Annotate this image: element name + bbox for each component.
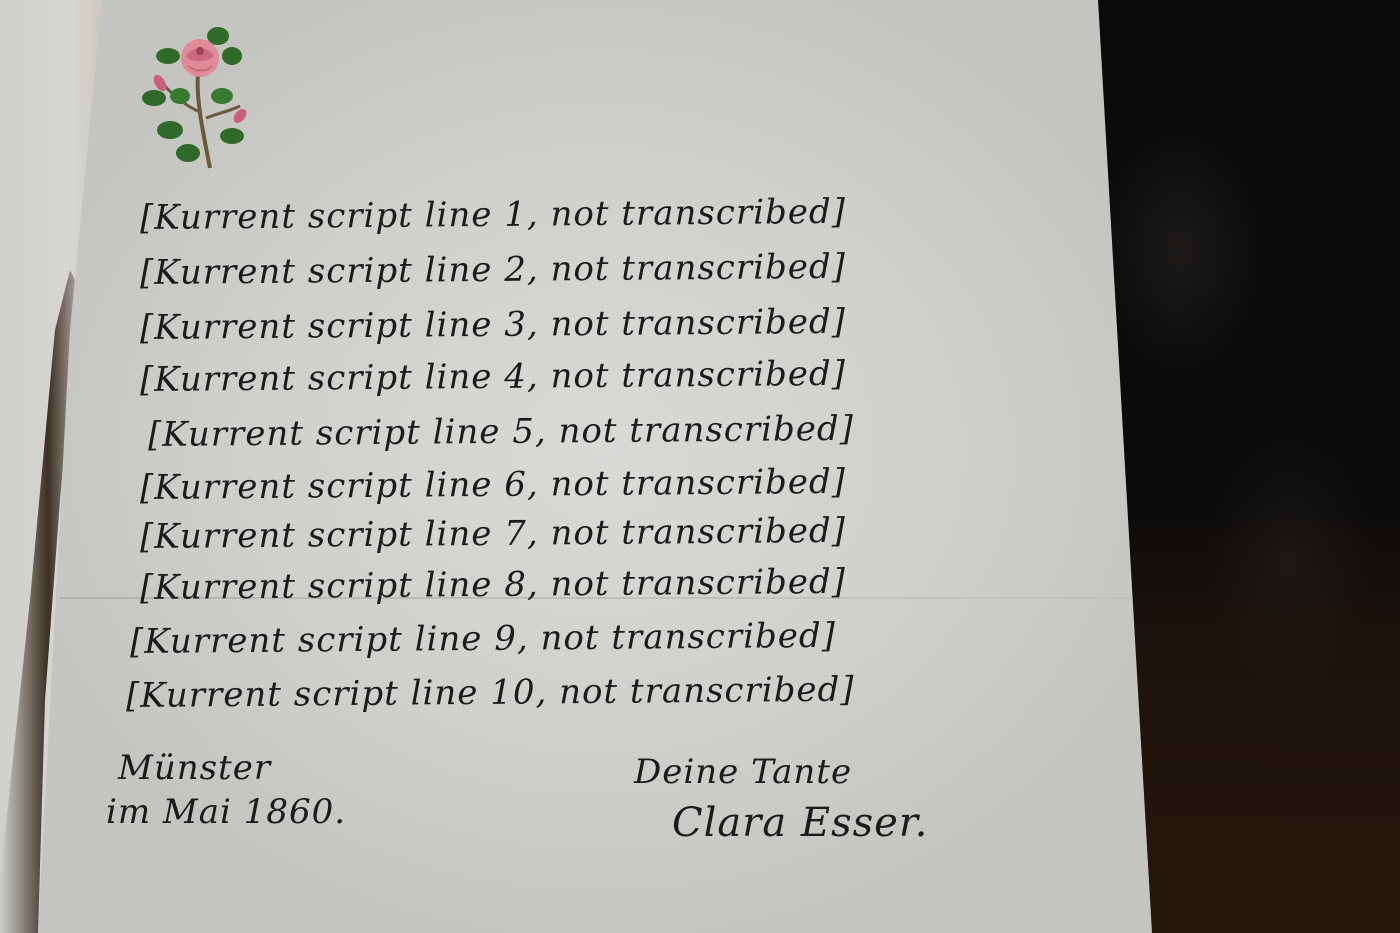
rose-vignette-icon	[140, 18, 260, 173]
letter-date: im Mai 1860.	[106, 792, 346, 832]
letter-line: [Kurrent script line 5, not transcribed]	[148, 409, 854, 455]
letter-line: [Kurrent script line 7, not transcribed]	[140, 511, 846, 557]
letter-closing: Deine Tante	[634, 752, 852, 792]
letter-line: [Kurrent script line 6, not transcribed]	[140, 462, 846, 508]
photo-scene: [Kurrent script line 1, not transcribed]…	[0, 0, 1400, 933]
letter-line: [Kurrent script line 9, not transcribed]	[130, 616, 836, 662]
letter-signature: Clara Esser.	[672, 800, 928, 846]
letter-line: [Kurrent script line 3, not transcribed]	[140, 302, 846, 348]
letter-line: [Kurrent script line 8, not transcribed]	[140, 562, 846, 608]
letter-line: [Kurrent script line 2, not transcribed]	[140, 247, 846, 293]
letter-place: Münster	[118, 748, 271, 788]
letter-line: [Kurrent script line 1, not transcribed]	[140, 192, 846, 238]
letter-line: [Kurrent script line 10, not transcribed…	[126, 670, 855, 716]
letter-line: [Kurrent script line 4, not transcribed]	[140, 354, 846, 400]
